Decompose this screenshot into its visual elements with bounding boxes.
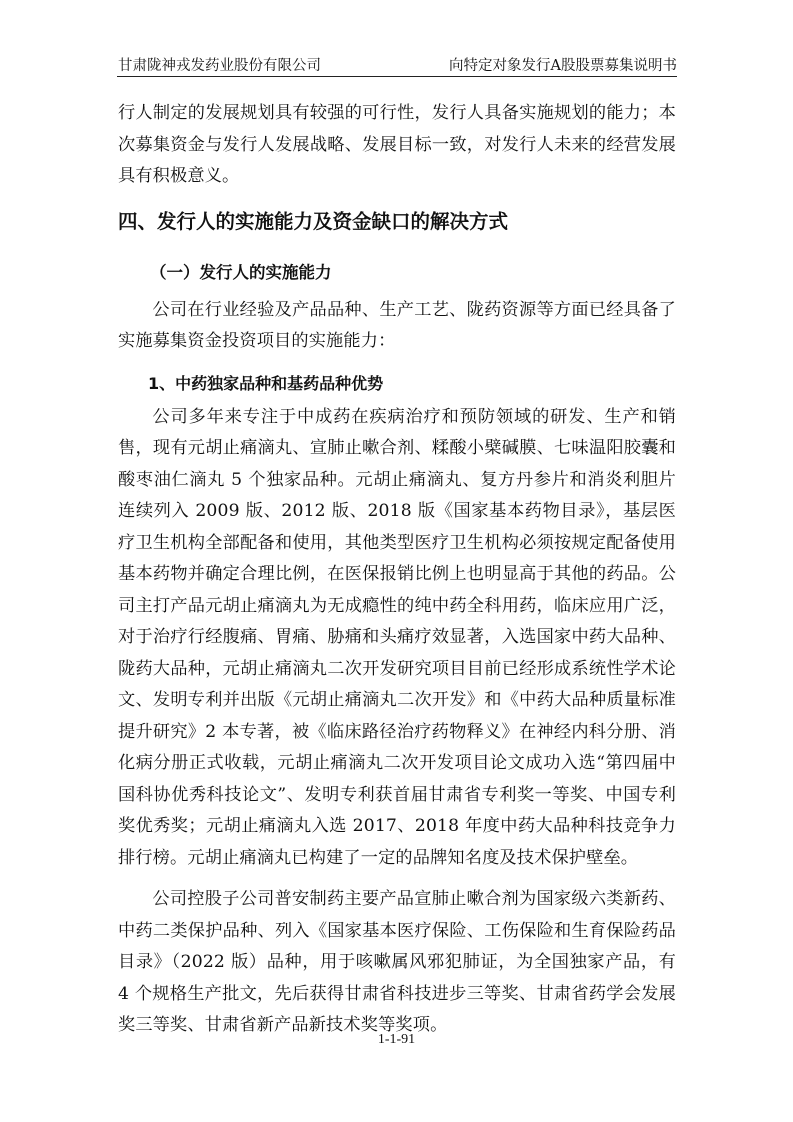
intro-paragraph: 公司在行业经验及产品品种、生产工艺、陇药资源等方面已经具备了实施募集资金投资项目… <box>118 295 676 358</box>
body-paragraph-1: 公司多年来专注于中成药在疾病治疗和预防领域的研发、生产和销售，现有元胡止痛滴丸、… <box>118 402 676 875</box>
item-heading: 1、中药独家品种和基药品种优势 <box>148 370 676 398</box>
body-paragraph-2: 公司控股子公司普安制药主要产品宣肺止嗽合剂为国家级六类新药、中药二类保护品种、列… <box>118 884 676 1042</box>
header-document-title: 向特定对象发行A股股票募集说明书 <box>449 56 677 76</box>
page-number: 1-1-91 <box>0 1032 793 1048</box>
page-header: 甘肃陇神戎发药业股份有限公司 向特定对象发行A股股票募集说明书 <box>117 56 677 77</box>
header-company-name: 甘肃陇神戎发药业股份有限公司 <box>118 56 321 76</box>
spacer <box>118 287 676 295</box>
continuation-paragraph: 行人制定的发展规划具有较强的可行性，发行人具备实施规划的能力；本次募集资金与发行… <box>118 98 676 193</box>
section-heading: 四、发行人的实施能力及资金缺口的解决方式 <box>118 207 676 237</box>
page-content: 行人制定的发展规划具有较强的可行性，发行人具备实施规划的能力；本次募集资金与发行… <box>118 98 676 1042</box>
subsection-heading: （一）发行人的实施能力 <box>150 259 676 287</box>
spacer <box>118 874 676 884</box>
